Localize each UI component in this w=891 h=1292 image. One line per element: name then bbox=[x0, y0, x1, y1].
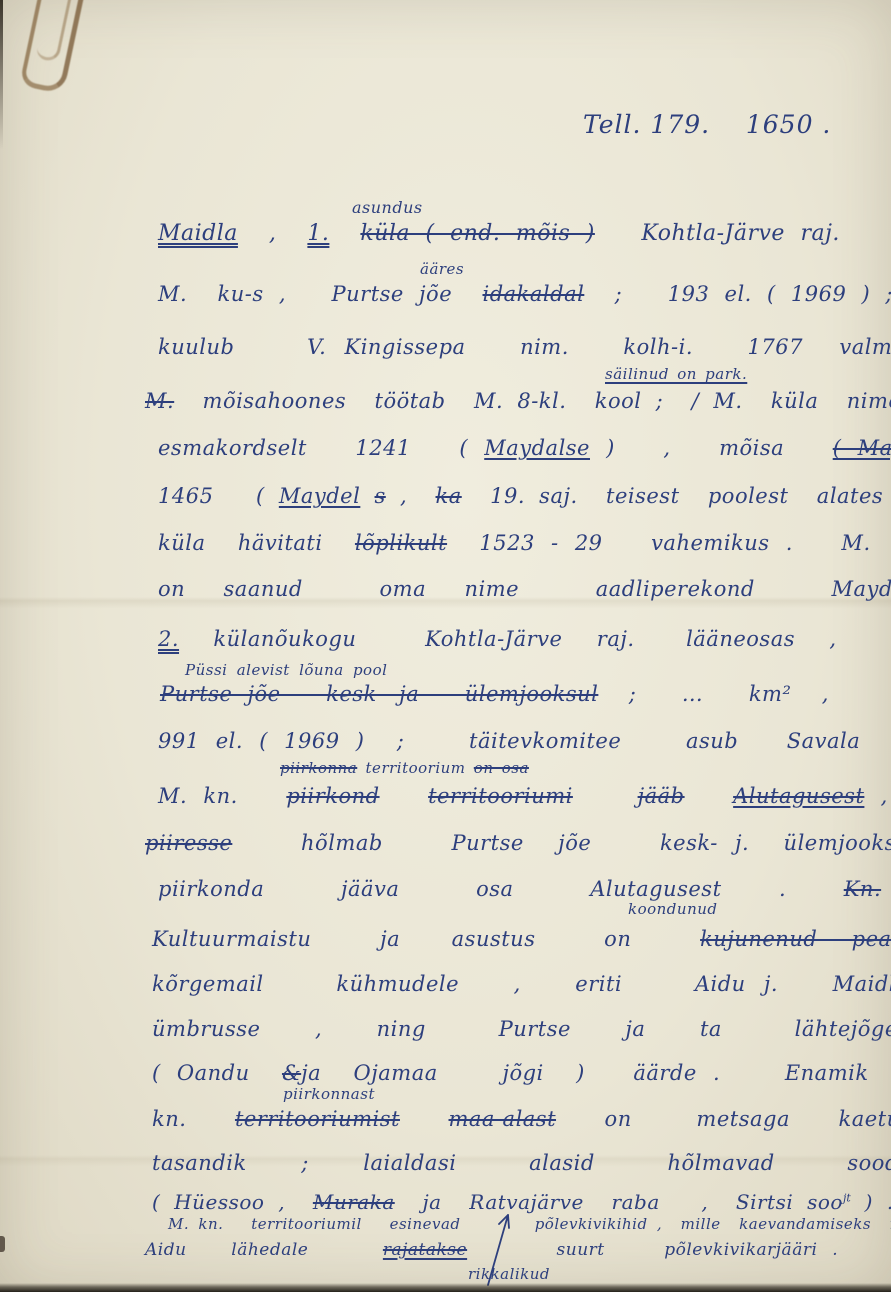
handwritten-line: 2. külanõukogu Kohtla-Järve raj. lääneos… bbox=[158, 627, 837, 651]
text-segment: M. küla nimetatakse bbox=[713, 389, 891, 413]
handwritten-line: M. kn. territooriumil esinevad põlevkivi… bbox=[168, 1216, 891, 1233]
text-segment: s bbox=[375, 484, 386, 508]
handwritten-line: tasandik ; laialdasi alasid hõlmavad soo… bbox=[152, 1151, 891, 1175]
text-segment: Maydalse bbox=[484, 436, 590, 460]
text-segment: , bbox=[238, 221, 307, 246]
text-segment: esmakordselt 1241 ( bbox=[158, 436, 484, 460]
text-segment: maa-alast bbox=[449, 1107, 557, 1131]
text-segment bbox=[685, 784, 734, 808]
text-segment: ; … km² , bbox=[598, 682, 829, 706]
text-segment: asundus bbox=[352, 198, 423, 217]
text-segment: idakaldal bbox=[482, 282, 584, 306]
text-segment: territooriumi bbox=[428, 784, 573, 808]
text-segment: 991 el. ( 1969 ) ; täitevkomitee asub Sa… bbox=[158, 729, 891, 753]
handwritten-line: 1465 ( Maydel s , ka 19. saj. teisest po… bbox=[158, 484, 891, 508]
text-segment: & bbox=[282, 1061, 301, 1085]
text-segment bbox=[360, 484, 374, 508]
text-segment: piirkonnast bbox=[283, 1085, 375, 1103]
text-segment: ja Ojamaa jõgi ) äärde . Enamik bbox=[301, 1061, 868, 1085]
scan-edge-bottom bbox=[0, 1283, 891, 1292]
text-segment: 1. bbox=[307, 221, 329, 246]
text-segment: kn. bbox=[152, 1107, 235, 1131]
insert-koondunud: koondunud bbox=[628, 901, 718, 918]
text-segment: Muraka bbox=[313, 1190, 395, 1214]
text-segment: külanõukogu Kohtla-Järve raj. lääneosas … bbox=[179, 627, 836, 651]
text-segment: piirkonna bbox=[280, 759, 357, 777]
text-segment: Maidla bbox=[158, 221, 238, 246]
handwritten-line: kuulub V. Kingissepa nim. kolh-i. 1767 v… bbox=[158, 335, 891, 359]
insert-piirkonnast: piirkonnast bbox=[283, 1086, 375, 1103]
text-segment: 1523 - 29 vahemikus . M. külast bbox=[447, 531, 891, 555]
text-segment: rajatakse bbox=[383, 1240, 467, 1260]
text-segment: Purtse jõe kesk- ja ülemjooksul bbox=[160, 682, 598, 706]
text-segment: Maydel bbox=[279, 484, 360, 508]
text-segment: piirkond bbox=[286, 784, 379, 808]
handwritten-line: Purtse jõe kesk- ja ülemjooksul ; … km² … bbox=[160, 682, 829, 706]
text-segment: M. kn. bbox=[158, 784, 286, 808]
manuscript-page: Tell. 179. 1650 . asundusMaidla , 1. kül… bbox=[0, 0, 891, 1292]
text-segment: ; 193 el. ( 1969 ) ; bbox=[584, 282, 891, 306]
text-segment: on saanud oma nime aadliperekond Maydell… bbox=[158, 577, 891, 601]
handwritten-line: piirkonda jääva osa Alutagusest . Kn. bbox=[158, 877, 881, 901]
insert-sailinud: säilinud on park. bbox=[605, 366, 747, 383]
handwritten-line: küla hävitati lõplikult 1523 - 29 vahemi… bbox=[158, 531, 891, 555]
paperclip-stain-inner bbox=[35, 0, 75, 63]
text-segment: Alutagusest bbox=[733, 784, 864, 808]
text-segment: kujunenud peamiselt bbox=[700, 927, 891, 951]
handwritten-line: Maidla , 1. küla ( end. mõis ) Kohtla-Jä… bbox=[158, 221, 840, 246]
text-segment bbox=[329, 221, 360, 246]
handwritten-line: on saanud oma nime aadliperekond Maydell… bbox=[158, 577, 891, 601]
text-segment bbox=[573, 784, 638, 808]
text-segment: kõrgemail kühmudele , eriti Aidu j. Maid… bbox=[152, 972, 891, 996]
text-segment: Püssi alevist lõuna pool bbox=[185, 661, 387, 679]
text-segment: 2. bbox=[158, 627, 179, 651]
handwritten-line: M. ku-s , Purtse jõe idakaldal ; 193 el.… bbox=[158, 282, 891, 306]
handwritten-line: kõrgemail kühmudele , eriti Aidu j. Maid… bbox=[152, 972, 891, 996]
insert-pyssi: Püssi alevist lõuna pool bbox=[185, 662, 387, 679]
scan-edge-nub bbox=[0, 1236, 5, 1252]
text-segment: Kohtla-Järve raj. bbox=[595, 221, 840, 246]
text-segment: ) , mõisa bbox=[590, 436, 833, 460]
text-segment: lõplikult bbox=[355, 531, 447, 555]
text-segment: , bbox=[864, 784, 887, 808]
text-segment: piirkonda jääva osa Alutagusest . bbox=[158, 877, 844, 901]
handwritten-line: esmakordselt 1241 ( Maydalse ) , mõisa (… bbox=[158, 436, 891, 460]
handwritten-line: ümbrusse , ning Purtse ja ta lähtejõgede bbox=[152, 1017, 891, 1041]
text-segment: ja Ratvajärve raba , Sirtsi soo bbox=[395, 1190, 843, 1214]
text-segment: on metsaga kaetud bbox=[556, 1107, 891, 1131]
text-segment: 19. saj. teisest poolest alates bbox=[462, 484, 891, 508]
text-segment: M. kn. territooriumil esinevad bbox=[168, 1215, 461, 1233]
text-segment: ( Maydel ) bbox=[833, 436, 891, 460]
insert-piirkond: piirkonna territoorium on osa bbox=[280, 760, 529, 777]
text-segment: Kultuurmaistu ja asustus on bbox=[152, 927, 700, 951]
text-segment bbox=[400, 1107, 449, 1131]
text-segment: ümbrusse , ning Purtse ja ta lähtejõgede bbox=[152, 1017, 891, 1041]
text-segment: 1465 ( bbox=[158, 484, 279, 508]
text-segment: jääb bbox=[638, 784, 685, 808]
text-segment: piiresse bbox=[145, 831, 232, 855]
text-segment: säilinud on park. bbox=[605, 365, 747, 383]
text-segment: ( Hüessoo , bbox=[152, 1190, 313, 1214]
text-segment: , bbox=[386, 484, 436, 508]
text-segment: territooriumist bbox=[235, 1107, 400, 1131]
text-segment: jt bbox=[843, 1191, 851, 1204]
insert-asundus: asundus bbox=[352, 199, 423, 217]
handwritten-line: ( Oandu &ja Ojamaa jõgi ) äärde . Enamik bbox=[152, 1061, 869, 1085]
text-segment: ( Oandu bbox=[152, 1061, 282, 1085]
handwritten-line: piiresse hõlmab Purtse jõe kesk- j. ülem… bbox=[145, 831, 891, 855]
text-segment: Aidu lähedale bbox=[145, 1240, 383, 1260]
insertion-arrow-icon bbox=[478, 1203, 526, 1289]
text-segment: M. bbox=[145, 389, 174, 413]
handwritten-line: 991 el. ( 1969 ) ; täitevkomitee asub Sa… bbox=[158, 729, 891, 753]
text-segment: põlevkivikihid , mille kaevandamiseks ra… bbox=[535, 1215, 891, 1233]
handwritten-line: M. kn. piirkond territooriumi jääb Aluta… bbox=[158, 784, 888, 808]
text-segment: Kn. bbox=[844, 877, 881, 901]
text-segment: koondunud bbox=[628, 900, 718, 918]
handwritten-line: M. mõisahoones töötab M. 8-kl. kool ; / … bbox=[145, 389, 891, 413]
handwritten-line: Kultuurmaistu ja asustus on kujunenud pe… bbox=[152, 927, 891, 951]
text-segment: ääres bbox=[420, 260, 464, 278]
text-segment: mõisahoones töötab M. 8-kl. kool ; / bbox=[174, 389, 713, 413]
text-segment: küla ( end. mõis ) bbox=[360, 221, 595, 246]
handwritten-line: kn. territooriumist maa-alast on metsaga… bbox=[152, 1107, 891, 1131]
insert-aares: ääres bbox=[420, 261, 464, 278]
text-segment: ) . bbox=[851, 1190, 891, 1214]
text-segment: küla hävitati bbox=[158, 531, 355, 555]
reference-number: Tell. 179. 1650 . bbox=[583, 110, 831, 139]
text-segment: on osa bbox=[474, 759, 529, 777]
text-segment: territoorium bbox=[357, 759, 474, 777]
text-segment: hõlmab Purtse jõe kesk- j. ülemjooksu bbox=[232, 831, 891, 855]
text-segment bbox=[380, 784, 429, 808]
text-segment: kuulub V. Kingissepa nim. kolh-i. 1767 v… bbox=[158, 335, 891, 359]
scan-edge-left bbox=[0, 0, 3, 150]
text-segment: ka bbox=[436, 484, 462, 508]
text-segment: M. ku-s , Purtse jõe bbox=[158, 282, 482, 306]
paperclip-stain bbox=[19, 0, 86, 94]
text-segment: tasandik ; laialdasi alasid hõlmavad soo… bbox=[152, 1151, 891, 1175]
